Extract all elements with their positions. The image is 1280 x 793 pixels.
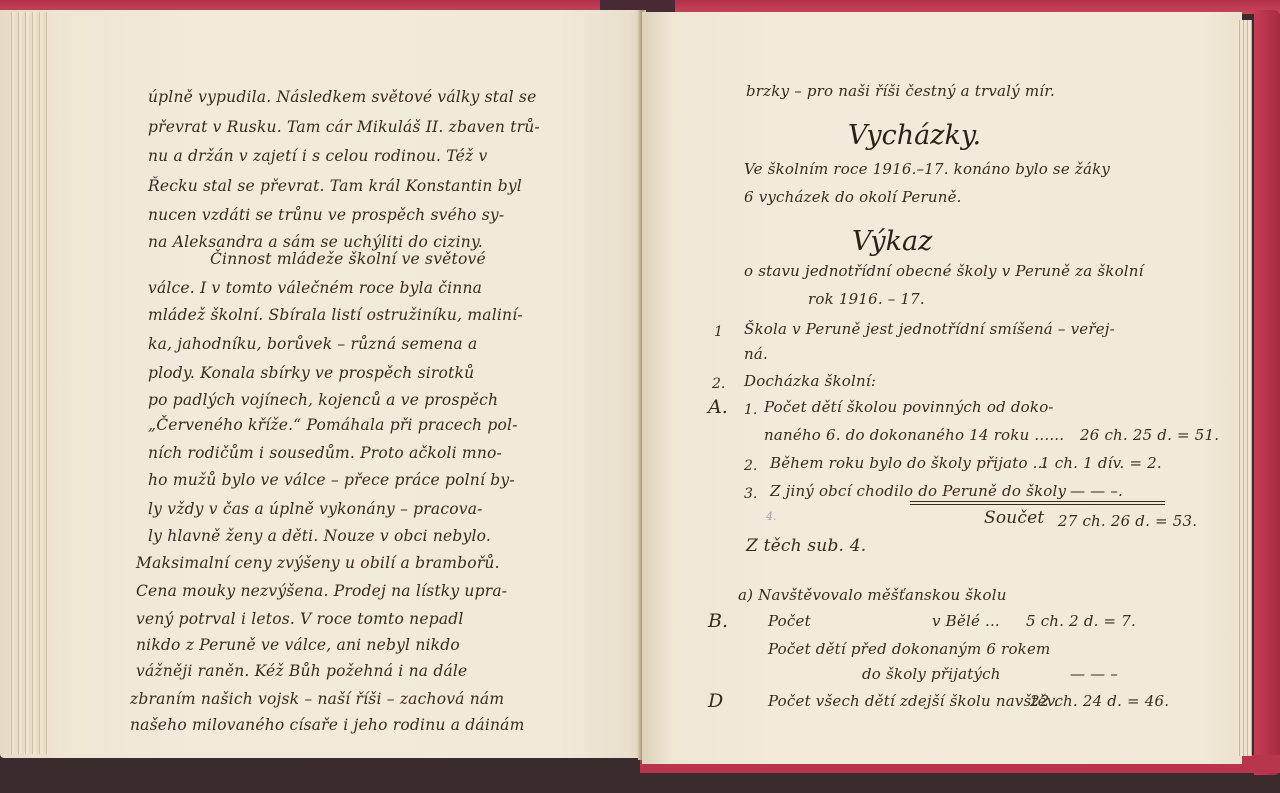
total-label: Součet [984, 508, 1044, 528]
right-page-stack-edges [1236, 20, 1252, 756]
left-line: Cena mouky nezvýšena. Prodej na lístky u… [136, 582, 507, 600]
section-b-marker: B. [708, 610, 728, 632]
left-line: „Červeného kříže.“ Pomáhala při pracech … [148, 416, 518, 434]
preschool-value: — — – [1070, 665, 1118, 683]
left-line: ly vždy v čas a úplně vykonány – pracova… [148, 500, 483, 518]
book-cover-right-edge [1254, 10, 1280, 775]
heading-vykaz: Výkaz [852, 226, 932, 257]
left-line: ho mužů bylo ve válce – přece práce poln… [148, 471, 515, 489]
vykaz-subtitle: rok 1916. – 17. [808, 290, 925, 308]
section-b-sub-a: a) Navštěvovalo měšťanskou školu [738, 586, 1007, 604]
section-d-text: Počet všech dětí zdejší školu navštěv. [768, 692, 1059, 710]
count-value: 5 ch. 2 d. = 7. [1026, 612, 1136, 630]
row-continuation: naného 6. do dokonaného 14 roku ...... [764, 426, 1064, 444]
left-line: převrat v Rusku. Tam cár Mikuláš II. zba… [148, 118, 540, 136]
row-text: Z jiný obcí chodilo do Peruně do školy [770, 482, 1066, 500]
left-line: Řecku stal se převrat. Tam král Konstant… [148, 177, 522, 195]
left-line: vážněji raněn. Kéž Bůh požehná i na dále [136, 662, 467, 680]
item-number: 2. [712, 376, 725, 392]
left-line: po padlých vojínech, kojenců a ve prospě… [148, 391, 498, 409]
row-value: — — –. [1070, 482, 1123, 500]
left-line: úplně vypudila. Následkem světové války … [148, 88, 536, 106]
left-line: plody. Konala sbírky ve prospěch sirotků [148, 364, 474, 382]
left-line: našeho milovaného císaře i jeho rodinu a… [130, 716, 525, 734]
vykaz-subtitle: o stavu jednotřídní obecné školy v Perun… [744, 262, 1144, 280]
left-line: ka, jahodníku, borůvek – různá semena a [148, 335, 477, 353]
left-line: na Aleksandra a sám se uchýliti do cizin… [148, 233, 483, 251]
count-place: v Bělé ... [932, 612, 1000, 630]
total-value: 27 ch. 26 d. = 53. [1058, 512, 1197, 530]
total-rule [910, 501, 1165, 505]
left-line: Maksimalní ceny zvýšeny u obilí a brambo… [136, 554, 500, 572]
left-line: válce. I v tomto válečném roce byla činn… [148, 279, 482, 297]
row-number: 1. [744, 402, 757, 418]
left-line: mládež školní. Sbírala listí ostružiníku… [148, 306, 523, 324]
count-label: Počet [768, 612, 811, 630]
item1-text: Škola v Peruně jest jednotřídní smíšená … [744, 320, 1115, 338]
row-value: 26 ch. 25 d. = 51. [1080, 426, 1219, 444]
section-a-marker: A. [708, 396, 728, 418]
left-line: zbraním našich vojsk – naší říši – zacho… [130, 690, 504, 708]
faint-number: 4. [766, 510, 777, 523]
item-number: 1 [714, 324, 723, 340]
left-page-stack-edges [8, 12, 48, 754]
left-line: nikdo z Peruně ve válce, ani nebyl nikdo [136, 636, 460, 654]
right-first-line: brzky – pro naši říši čestný a trvalý mí… [746, 82, 1055, 100]
heading-vychazky: Vycházky. [848, 120, 981, 151]
section-d-marker: D [708, 690, 723, 712]
left-line: nu a držán v zajetí i s celou rodinou. T… [148, 147, 487, 165]
item1-continuation: ná. [744, 345, 768, 363]
row-number: 3. [744, 486, 757, 502]
row-number: 2. [744, 458, 757, 474]
item2-text: Docházka školní: [744, 372, 876, 390]
left-line: ly hlavně ženy a děti. Nouze v obci neby… [148, 527, 491, 545]
row-text: Během roku bylo do školy přijato ... [770, 454, 1048, 472]
preschool-line: do školy přijatých [862, 665, 1001, 683]
vychazky-line: Ve školním roce 1916.–17. konáno bylo se… [744, 160, 1110, 178]
vychazky-line: 6 vycházek do okolí Peruně. [744, 188, 962, 206]
section-d-value: 22 ch. 24 d. = 46. [1030, 692, 1169, 710]
left-line: vený potrval i letos. V roce tomto nepad… [136, 610, 464, 628]
row-text: Počet dětí školou povinných od doko- [764, 398, 1054, 416]
row-value: 1 ch. 1 dív. = 2. [1040, 454, 1162, 472]
left-line: ních rodičům i sousedům. Proto ačkoli mn… [148, 444, 502, 462]
left-line: nucen vzdáti se trůnu ve prospěch svého … [148, 206, 504, 224]
preschool-line: Počet dětí před dokonaným 6 rokem [768, 640, 1050, 658]
sub-note: Z těch sub. 4. [746, 536, 866, 556]
left-section-heading: Činnost mládeže školní ve světové [210, 250, 486, 268]
